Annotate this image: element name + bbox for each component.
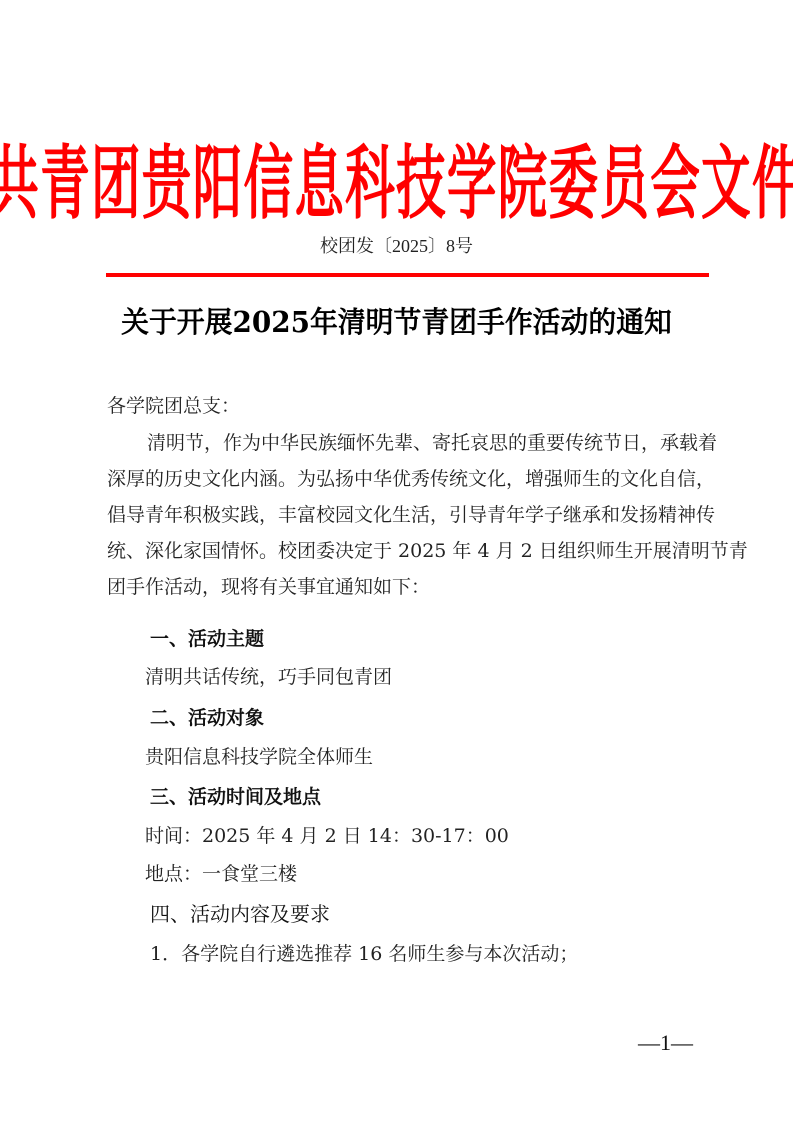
section-heading: 一、活动主题 <box>150 627 264 651</box>
section-heading: 三、活动时间及地点 <box>150 785 321 809</box>
document-number: 校团发〔2025〕8号 <box>0 235 793 257</box>
requirement-item: 1．各学院自行遴选推荐 16 名师生参与本次活动； <box>150 942 578 966</box>
red-header-rule <box>106 273 709 277</box>
section-content-place: 地点：一食堂三楼 <box>145 862 297 886</box>
greeting: 各学院团总支： <box>107 394 240 418</box>
intro-line: 倡导青年积极实践，丰富校园文化生活，引导青年学子继承和发扬精神传 <box>107 503 690 527</box>
section-content: 清明共话传统，巧手同包青团 <box>145 665 392 689</box>
intro-line: 团手作活动，现将有关事宜通知如下： <box>107 575 430 599</box>
intro-line: 统、深化家国情怀。校团委决定于 2025 年 4 月 2 日组织师生开展清明节青 <box>107 539 690 563</box>
section-heading: 四、活动内容及要求 <box>150 902 330 926</box>
notice-title: 关于开展2025年清明节青团手作活动的通知 <box>16 302 777 342</box>
org-document-header-title: 共青团贵阳信息科技学院委员会文件 <box>0 138 793 228</box>
intro-line: 清明节，作为中华民族缅怀先辈、寄托哀思的重要传统节日，承载着 <box>147 431 690 455</box>
section-heading: 二、活动对象 <box>150 706 264 730</box>
section-content-time: 时间：2025 年 4 月 2 日 14：30-17：00 <box>145 824 509 848</box>
page-number: —1— <box>638 1030 693 1056</box>
section-content: 贵阳信息科技学院全体师生 <box>145 745 373 769</box>
intro-line: 深厚的历史文化内涵。为弘扬中华优秀传统文化，增强师生的文化自信， <box>107 467 690 491</box>
